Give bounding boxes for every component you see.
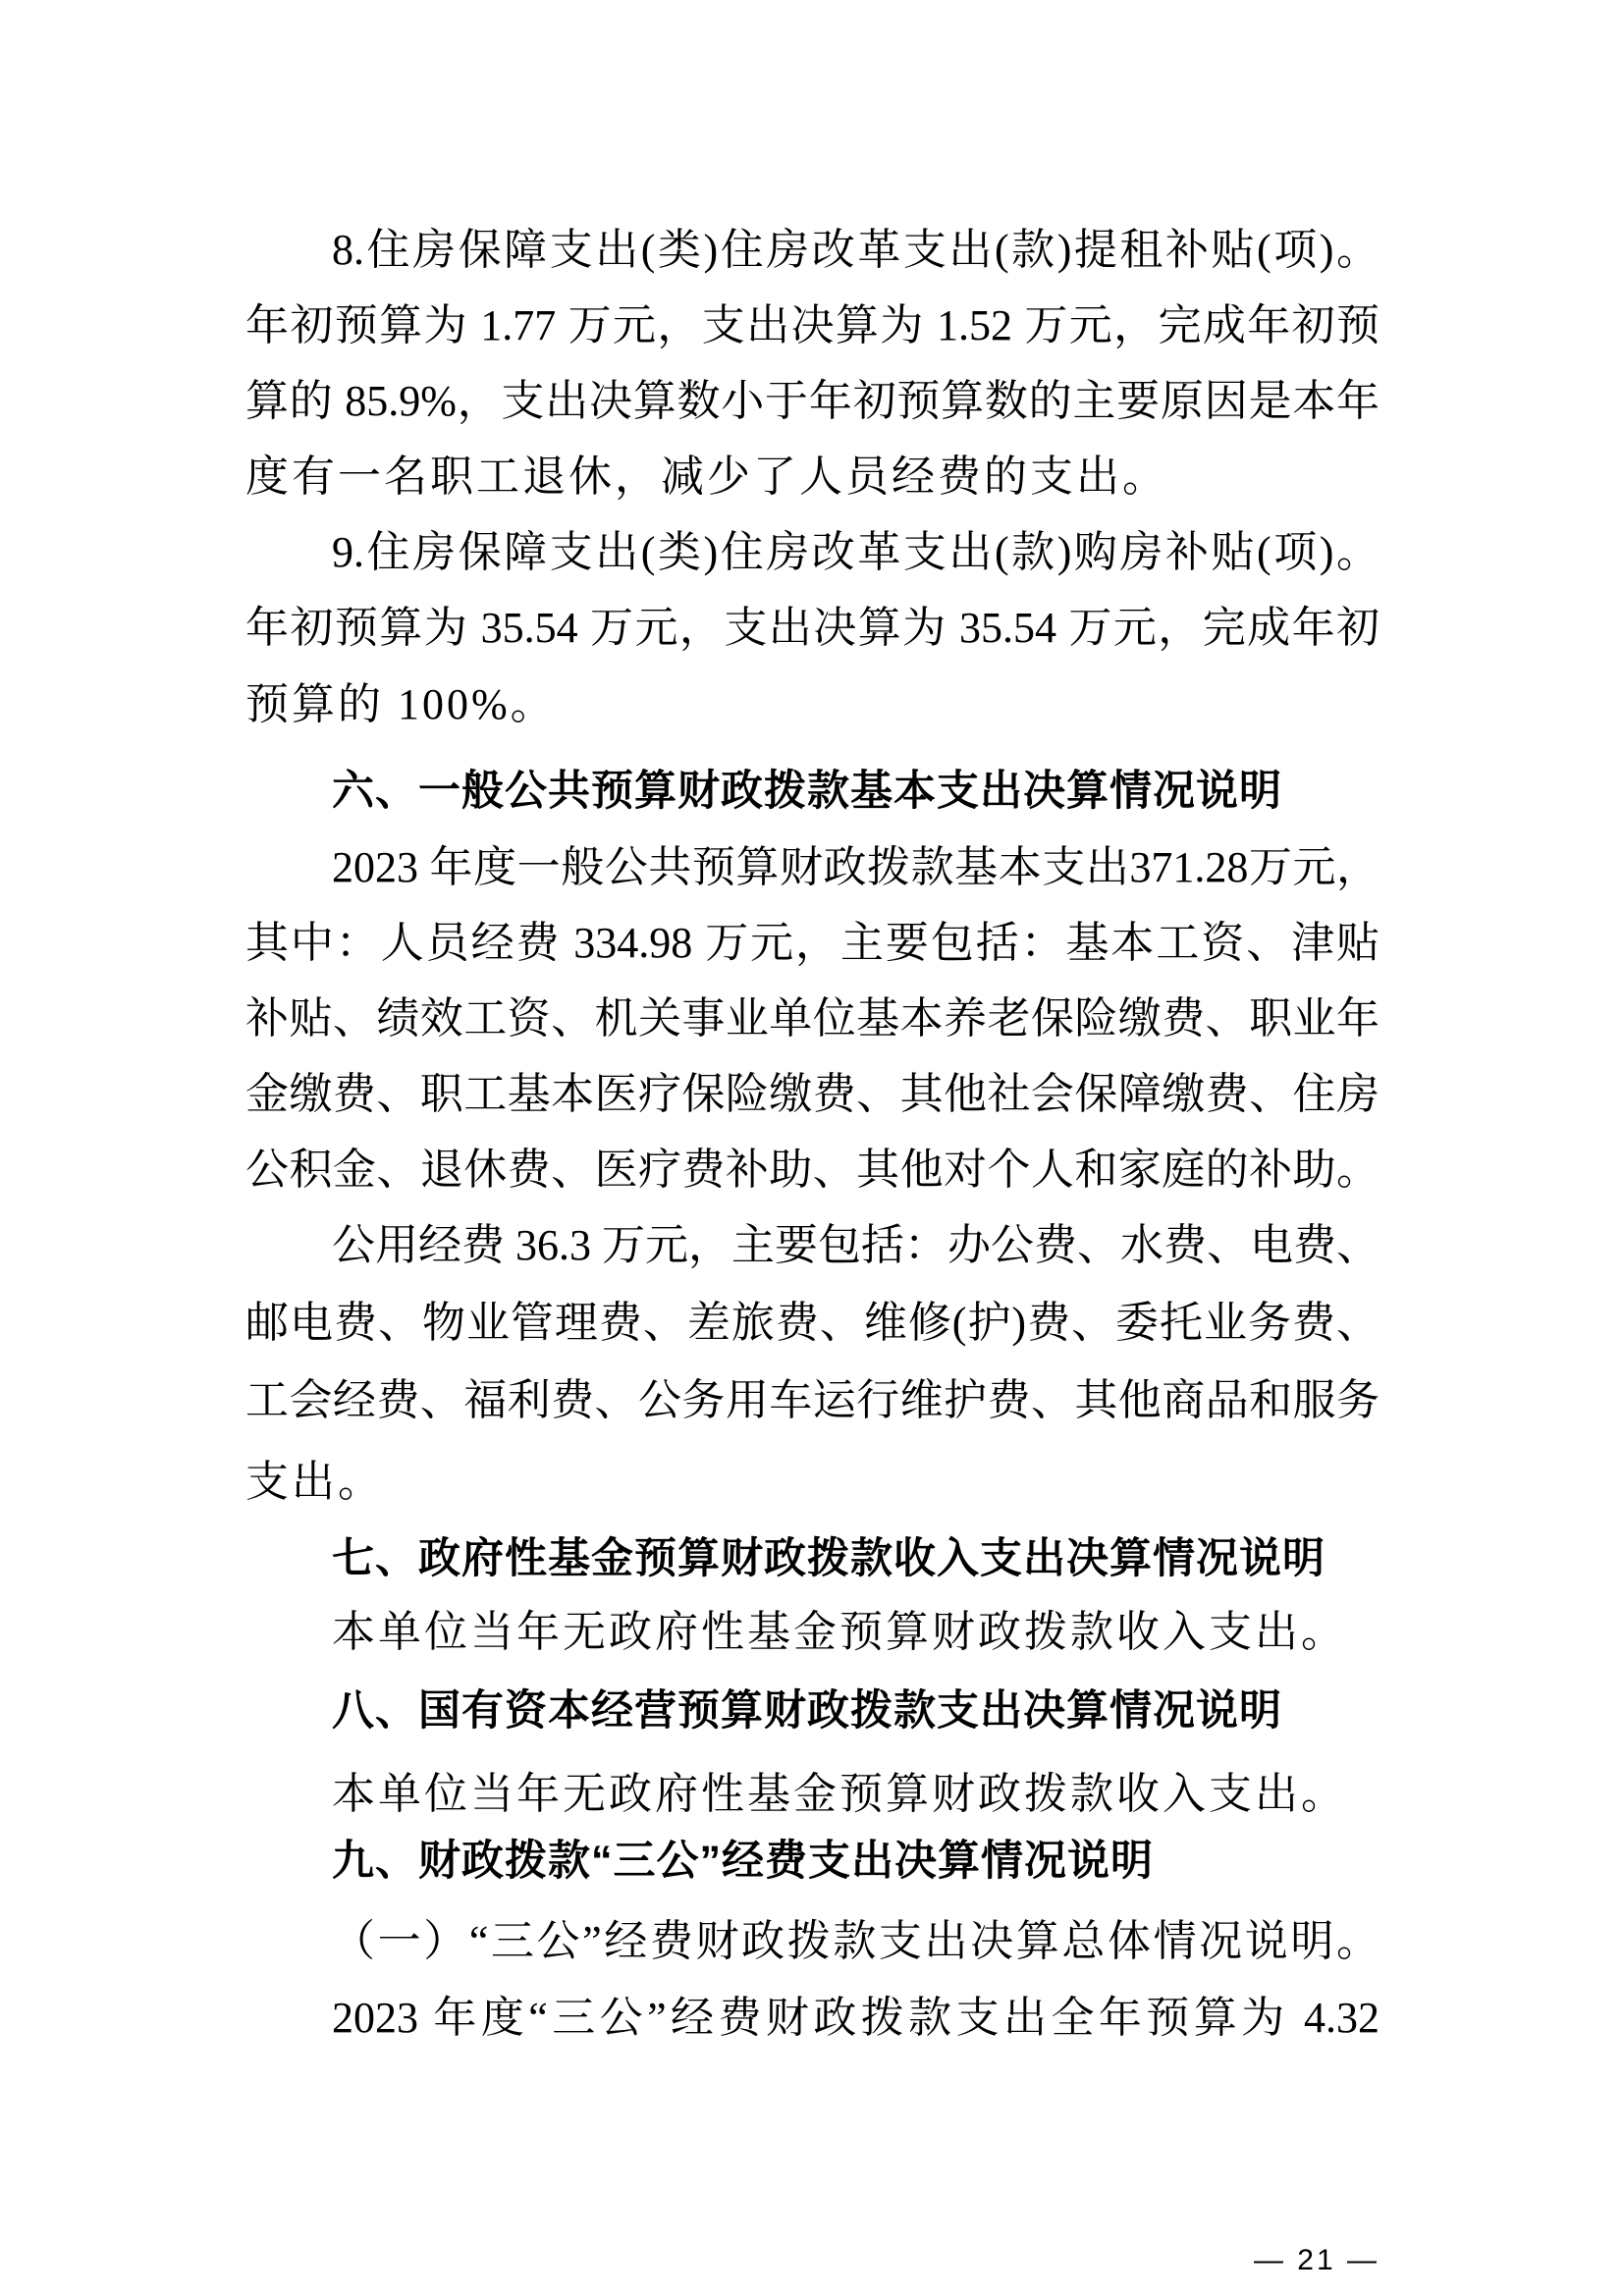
body-line: 本单位当年无政府性基金预算财政拨款收入支出。 [245,1606,1380,1659]
body-line: 工会经费、福利费、公务用车运行维护费、其他商品和服务 [245,1374,1380,1427]
body-line: 公积金、退休费、医疗费补助、其他对个人和家庭的补助。 [245,1144,1380,1197]
body-line: 年初预算为 1.77 万元，支出决算为 1.52 万元，完成年初预 [245,299,1380,352]
body-line: 度有一名职工退休，减少了人员经费的支出。 [245,451,1380,504]
page-number: — 21 — [245,2244,1380,2277]
body-line: 公用经费 36.3 万元，主要包括：办公费、水费、电费、 [245,1219,1380,1272]
section-heading-8: 八、国有资本经营预算财政拨款支出决算情况说明 [245,1684,1380,1737]
body-line: 补贴、绩效工资、机关事业单位基本养老保险缴费、职业年 [245,992,1380,1045]
sub-section-heading: （一）“三公”经费财政拨款支出决算总体情况说明。 [245,1915,1380,1968]
body-line: 年初预算为 35.54 万元，支出决算为 35.54 万元，完成年初 [245,602,1380,655]
section-heading-6: 六、一般公共预算财政拨款基本支出决算情况说明 [245,765,1380,818]
body-line: 预算的 100%。 [245,678,1380,731]
body-line: 2023 年度“三公”经费财政拨款支出全年预算为 4.32 [245,1992,1380,2045]
document-page: 8.住房保障支出(类)住房改革支出(款)提租补贴(项)。 年初预算为 1.77 … [0,0,1623,2296]
body-line: 8.住房保障支出(类)住房改革支出(款)提租补贴(项)。 [245,224,1380,277]
body-line: 2023 年度一般公共预算财政拨款基本支出371.28万元， [245,841,1380,894]
section-heading-9: 九、财政拨款“三公”经费支出决算情况说明 [245,1835,1380,1888]
body-line: 本单位当年无政府性基金预算财政拨款收入支出。 [245,1768,1380,1821]
section-heading-7: 七、政府性基金预算财政拨款收入支出决算情况说明 [245,1532,1380,1585]
body-line: 其中：人员经费 334.98 万元，主要包括：基本工资、津贴 [245,917,1380,970]
body-line: 算的 85.9%，支出决算数小于年初预算数的主要原因是本年 [245,375,1380,428]
body-line: 9.住房保障支出(类)住房改革支出(款)购房补贴(项)。 [245,526,1380,579]
body-line: 金缴费、职工基本医疗保险缴费、其他社会保障缴费、住房 [245,1068,1380,1121]
body-line: 支出。 [245,1456,1380,1509]
body-line: 邮电费、物业管理费、差旅费、维修(护)费、委托业务费、 [245,1297,1380,1350]
